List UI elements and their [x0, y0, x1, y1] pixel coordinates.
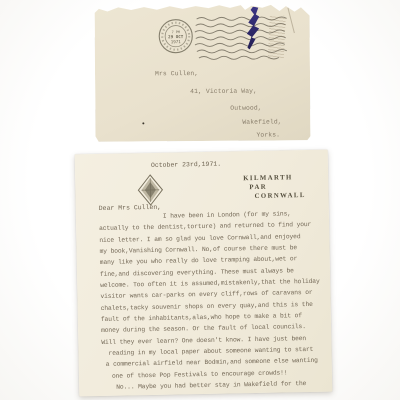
diamond-monogram-icon: [137, 174, 164, 206]
address-line: Wakefield,: [242, 118, 281, 125]
address-line: 41, Victoria Way,: [190, 88, 257, 95]
envelope-address: Mrs Cullen,41, Victoria Way,Outwood,Wake…: [95, 3, 311, 141]
letter: October 23rd,1971. KILMARTHPARCORNWALL D…: [75, 150, 333, 397]
letter-date: October 23rd,1971.: [151, 161, 221, 169]
address-line: Mrs Cullen,: [155, 70, 198, 77]
photo-stage: 7 PM 29 OCT 1971 Mrs Cullen,41, Victoria…: [0, 0, 400, 400]
envelope: 7 PM 29 OCT 1971 Mrs Cullen,41, Victoria…: [95, 3, 311, 141]
letter-body: I have been in London (for my sins,actua…: [99, 208, 330, 394]
address-line: Yorks.: [256, 131, 280, 138]
address-line: Outwood,: [230, 105, 262, 112]
letterhead: KILMARTHPARCORNWALL: [243, 174, 306, 202]
letterhead-line: CORNWALL: [254, 192, 305, 202]
